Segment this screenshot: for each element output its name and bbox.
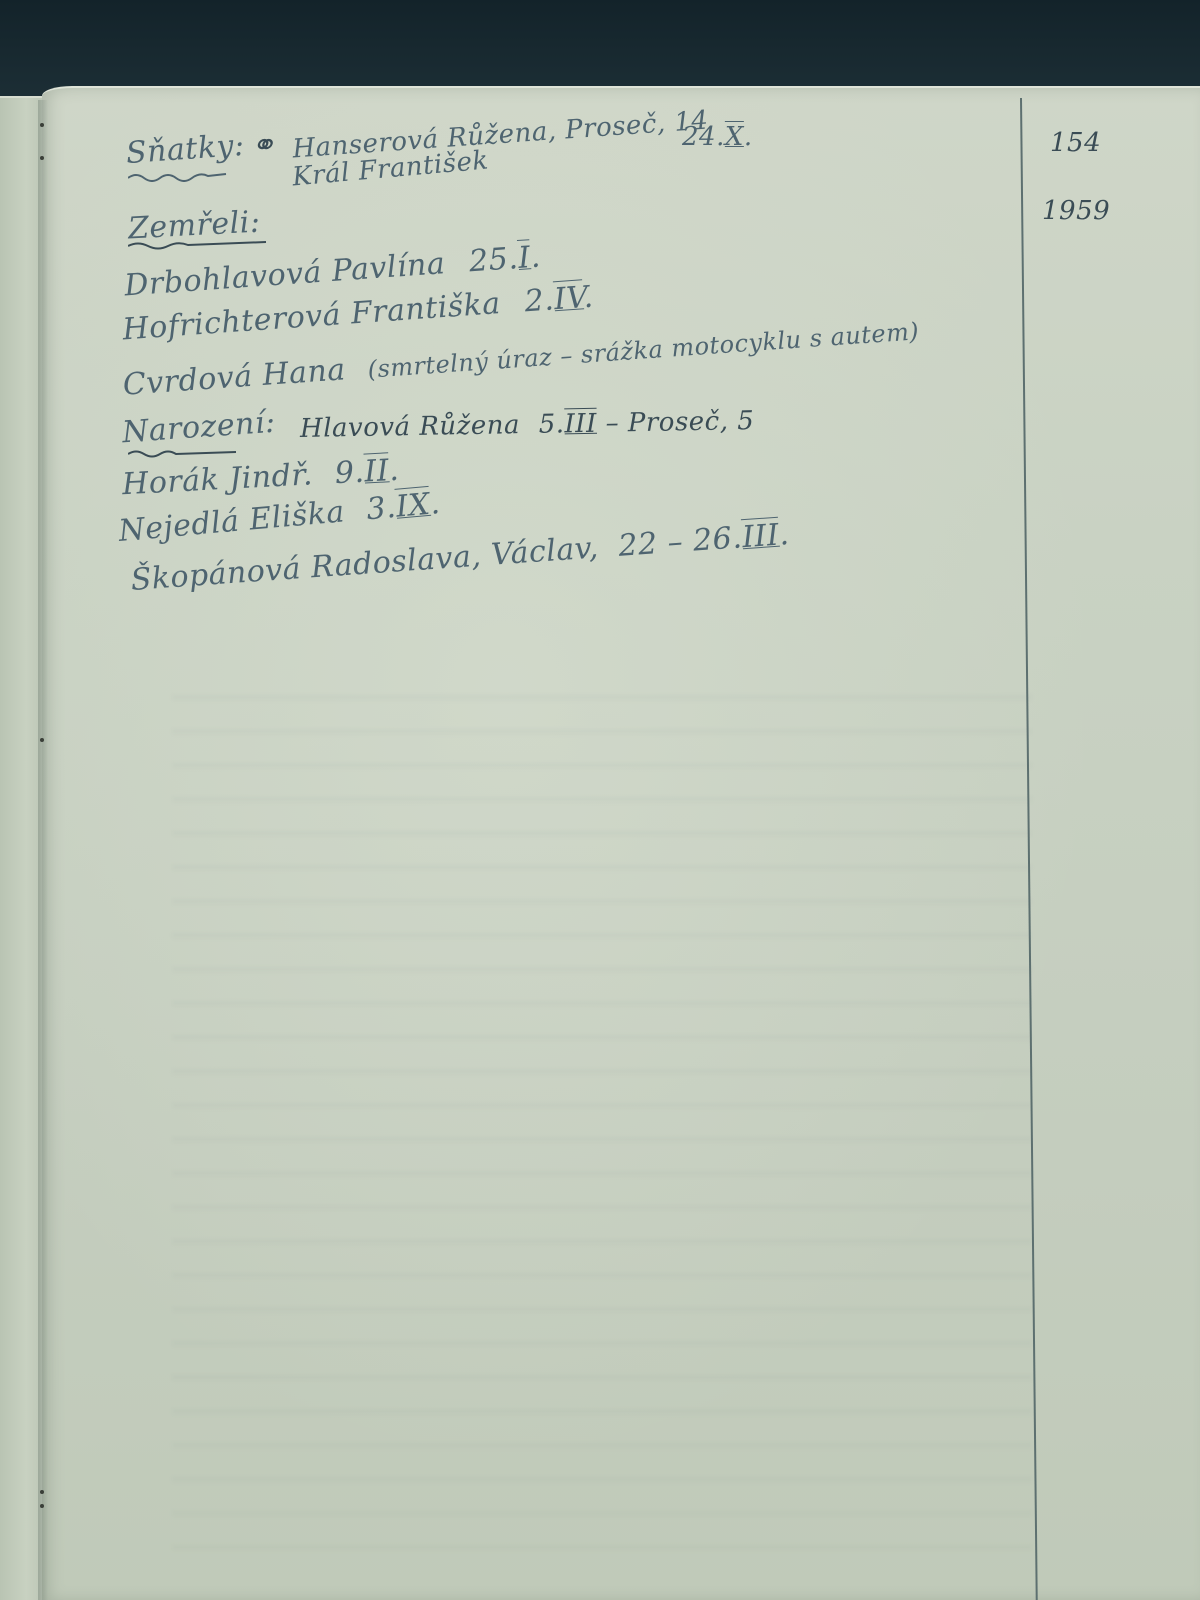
death-day-1: 25. [468, 241, 520, 279]
birth-day-4: 22 – 26. [617, 520, 743, 564]
marriage-line-1: Hanserová Růžena, Proseč, 14 [291, 105, 709, 164]
birth-month-4: III [741, 518, 780, 556]
birth-day-2: 9. [334, 455, 365, 492]
births-heading-underline [128, 448, 238, 458]
binding-hole [40, 738, 44, 742]
birth-day-1: 5. [538, 409, 564, 439]
birth-entry-1: Hlavová Růžena 5.III – Proseč, 5 [300, 406, 755, 444]
birth-suffix-1: – Proseč, 5 [605, 406, 754, 439]
marriage-symbol-icon: ⚭ [250, 128, 276, 163]
death-day-2: 2. [523, 282, 555, 319]
death-note-3: (smrtelný úraz – srážka motocyklu s aute… [367, 317, 920, 383]
binding-hole [40, 156, 44, 160]
birth-name-1: Hlavová Růžena [300, 410, 520, 444]
chronicle-page: 154 1959 Sňatky: ⚭ Hanserová Růžena, Pro… [42, 86, 1200, 1600]
deaths-heading-underline [128, 240, 268, 250]
birth-month-3: IX [395, 487, 432, 525]
birth-suffix-4: . [778, 517, 790, 553]
births-heading: Narození: [121, 405, 277, 451]
birth-day-3: 3. [365, 490, 398, 527]
birth-suffix-3: . [429, 486, 442, 522]
death-suffix-1: . [529, 239, 541, 275]
scan-scene: 154 1959 Sňatky: ⚭ Hanserová Růžena, Pro… [0, 0, 1200, 1600]
marriage-day: 24. [682, 122, 725, 152]
bleed-through-text [172, 668, 1032, 1568]
marriage-month: X [725, 122, 744, 152]
birth-name-2: Horák Jindř. [121, 457, 313, 502]
marriages-heading: Sňatky: [125, 128, 246, 171]
marriage-suffix: . [744, 122, 753, 152]
birth-name-3: Nejedlá Eliška [117, 494, 346, 549]
birth-month-2: II [364, 453, 391, 489]
death-name-3: Cvrdová Hana [122, 352, 347, 402]
binding-hole [40, 123, 44, 127]
marriages-heading-underline [128, 172, 228, 182]
marriage-date: 24.X. [682, 122, 753, 152]
death-suffix-2: . [582, 280, 594, 316]
death-month-2: IV [553, 280, 585, 317]
page-number: 154 [1050, 128, 1101, 158]
year-label: 1959 [1042, 196, 1110, 226]
birth-month-1: III [564, 409, 597, 440]
binding-hole [40, 1504, 44, 1508]
birth-suffix-2: . [388, 453, 400, 488]
gutter-shadow [38, 100, 48, 1600]
binding-hole [40, 1490, 44, 1494]
